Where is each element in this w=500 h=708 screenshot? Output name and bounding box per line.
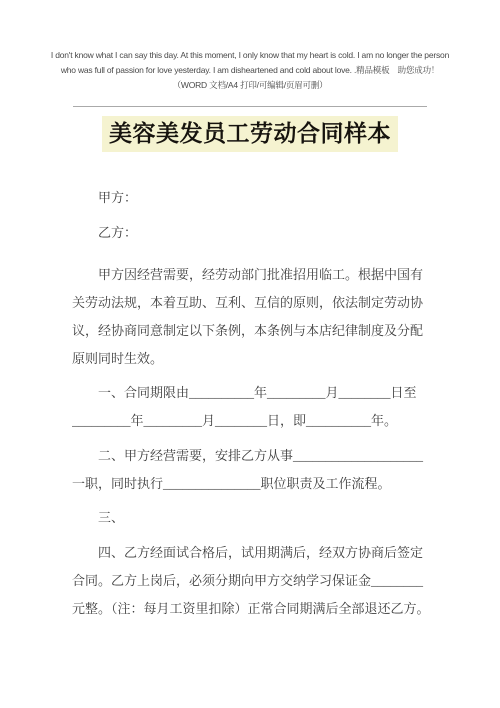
intro-line-4: 原则同时生效。 [72, 345, 428, 373]
header-note-line-3: （WORD 文档/A4 打印/可编辑/页眉可删） [0, 78, 500, 93]
clause-1: 一、合同期限由__________年_________月________日至 _… [72, 379, 428, 435]
clause-4: 四、乙方经面试合格后，试用期满后，经双方协商后签定 合同。乙方上岗后，必须分期向… [72, 539, 428, 623]
intro-line-3: 议，经协商同意制定以下条例，本条例与本店纪律制度及分配 [72, 317, 428, 345]
clause-1-line-1: 一、合同期限由__________年_________月________日至 [72, 379, 428, 407]
clause-4-line-1: 四、乙方经面试合格后，试用期满后，经双方协商后签定 [72, 539, 428, 567]
clause-2-line-2: 一职，同时执行_______________职位职责及工作流程。 [72, 470, 428, 498]
clause-3: 三、 [72, 504, 428, 532]
clause-2: 二、甲方经营需要，安排乙方从事____________________ 一职，同… [72, 442, 428, 498]
document-page: I don't know what I can say this day. At… [0, 0, 500, 708]
header-note-line-1: I don't know what I can say this day. At… [0, 48, 500, 63]
clause-4-line-2: 合同。乙方上岗后，必须分期向甲方交纳学习保证金________ [72, 567, 428, 595]
header-note: I don't know what I can say this day. At… [0, 0, 500, 93]
clause-4-line-3: 元整。（注：每月工资里扣除）正常合同期满后全部退还乙方。 [72, 595, 428, 623]
intro-line-2: 关劳动法规，本着互助、互利、互信的原则，依法制定劳动协 [72, 289, 428, 317]
document-title: 美容美发员工劳动合同样本 [102, 116, 398, 152]
clause-3-line-1: 三、 [72, 504, 428, 532]
clause-1-line-2: _________年_________月________日，即_________… [72, 407, 428, 435]
intro-line-1: 甲方因经营需要，经劳动部门批准招用临工。根据中国有 [72, 261, 428, 289]
header-separator-rule [73, 106, 427, 107]
title-row: 美容美发员工劳动合同样本 [0, 116, 500, 152]
intro-paragraph: 甲方因经营需要，经劳动部门批准招用临工。根据中国有 关劳动法规，本着互助、互利、… [72, 261, 428, 373]
contract-body: 甲方： 乙方： 甲方因经营需要，经劳动部门批准招用临工。根据中国有 关劳动法规，… [72, 188, 428, 623]
party-b-line: 乙方： [72, 223, 428, 243]
header-note-line-2: who was full of passion for love yesterd… [0, 63, 500, 78]
party-a-line: 甲方： [72, 188, 428, 208]
clause-2-line-1: 二、甲方经营需要，安排乙方从事____________________ [72, 442, 428, 470]
